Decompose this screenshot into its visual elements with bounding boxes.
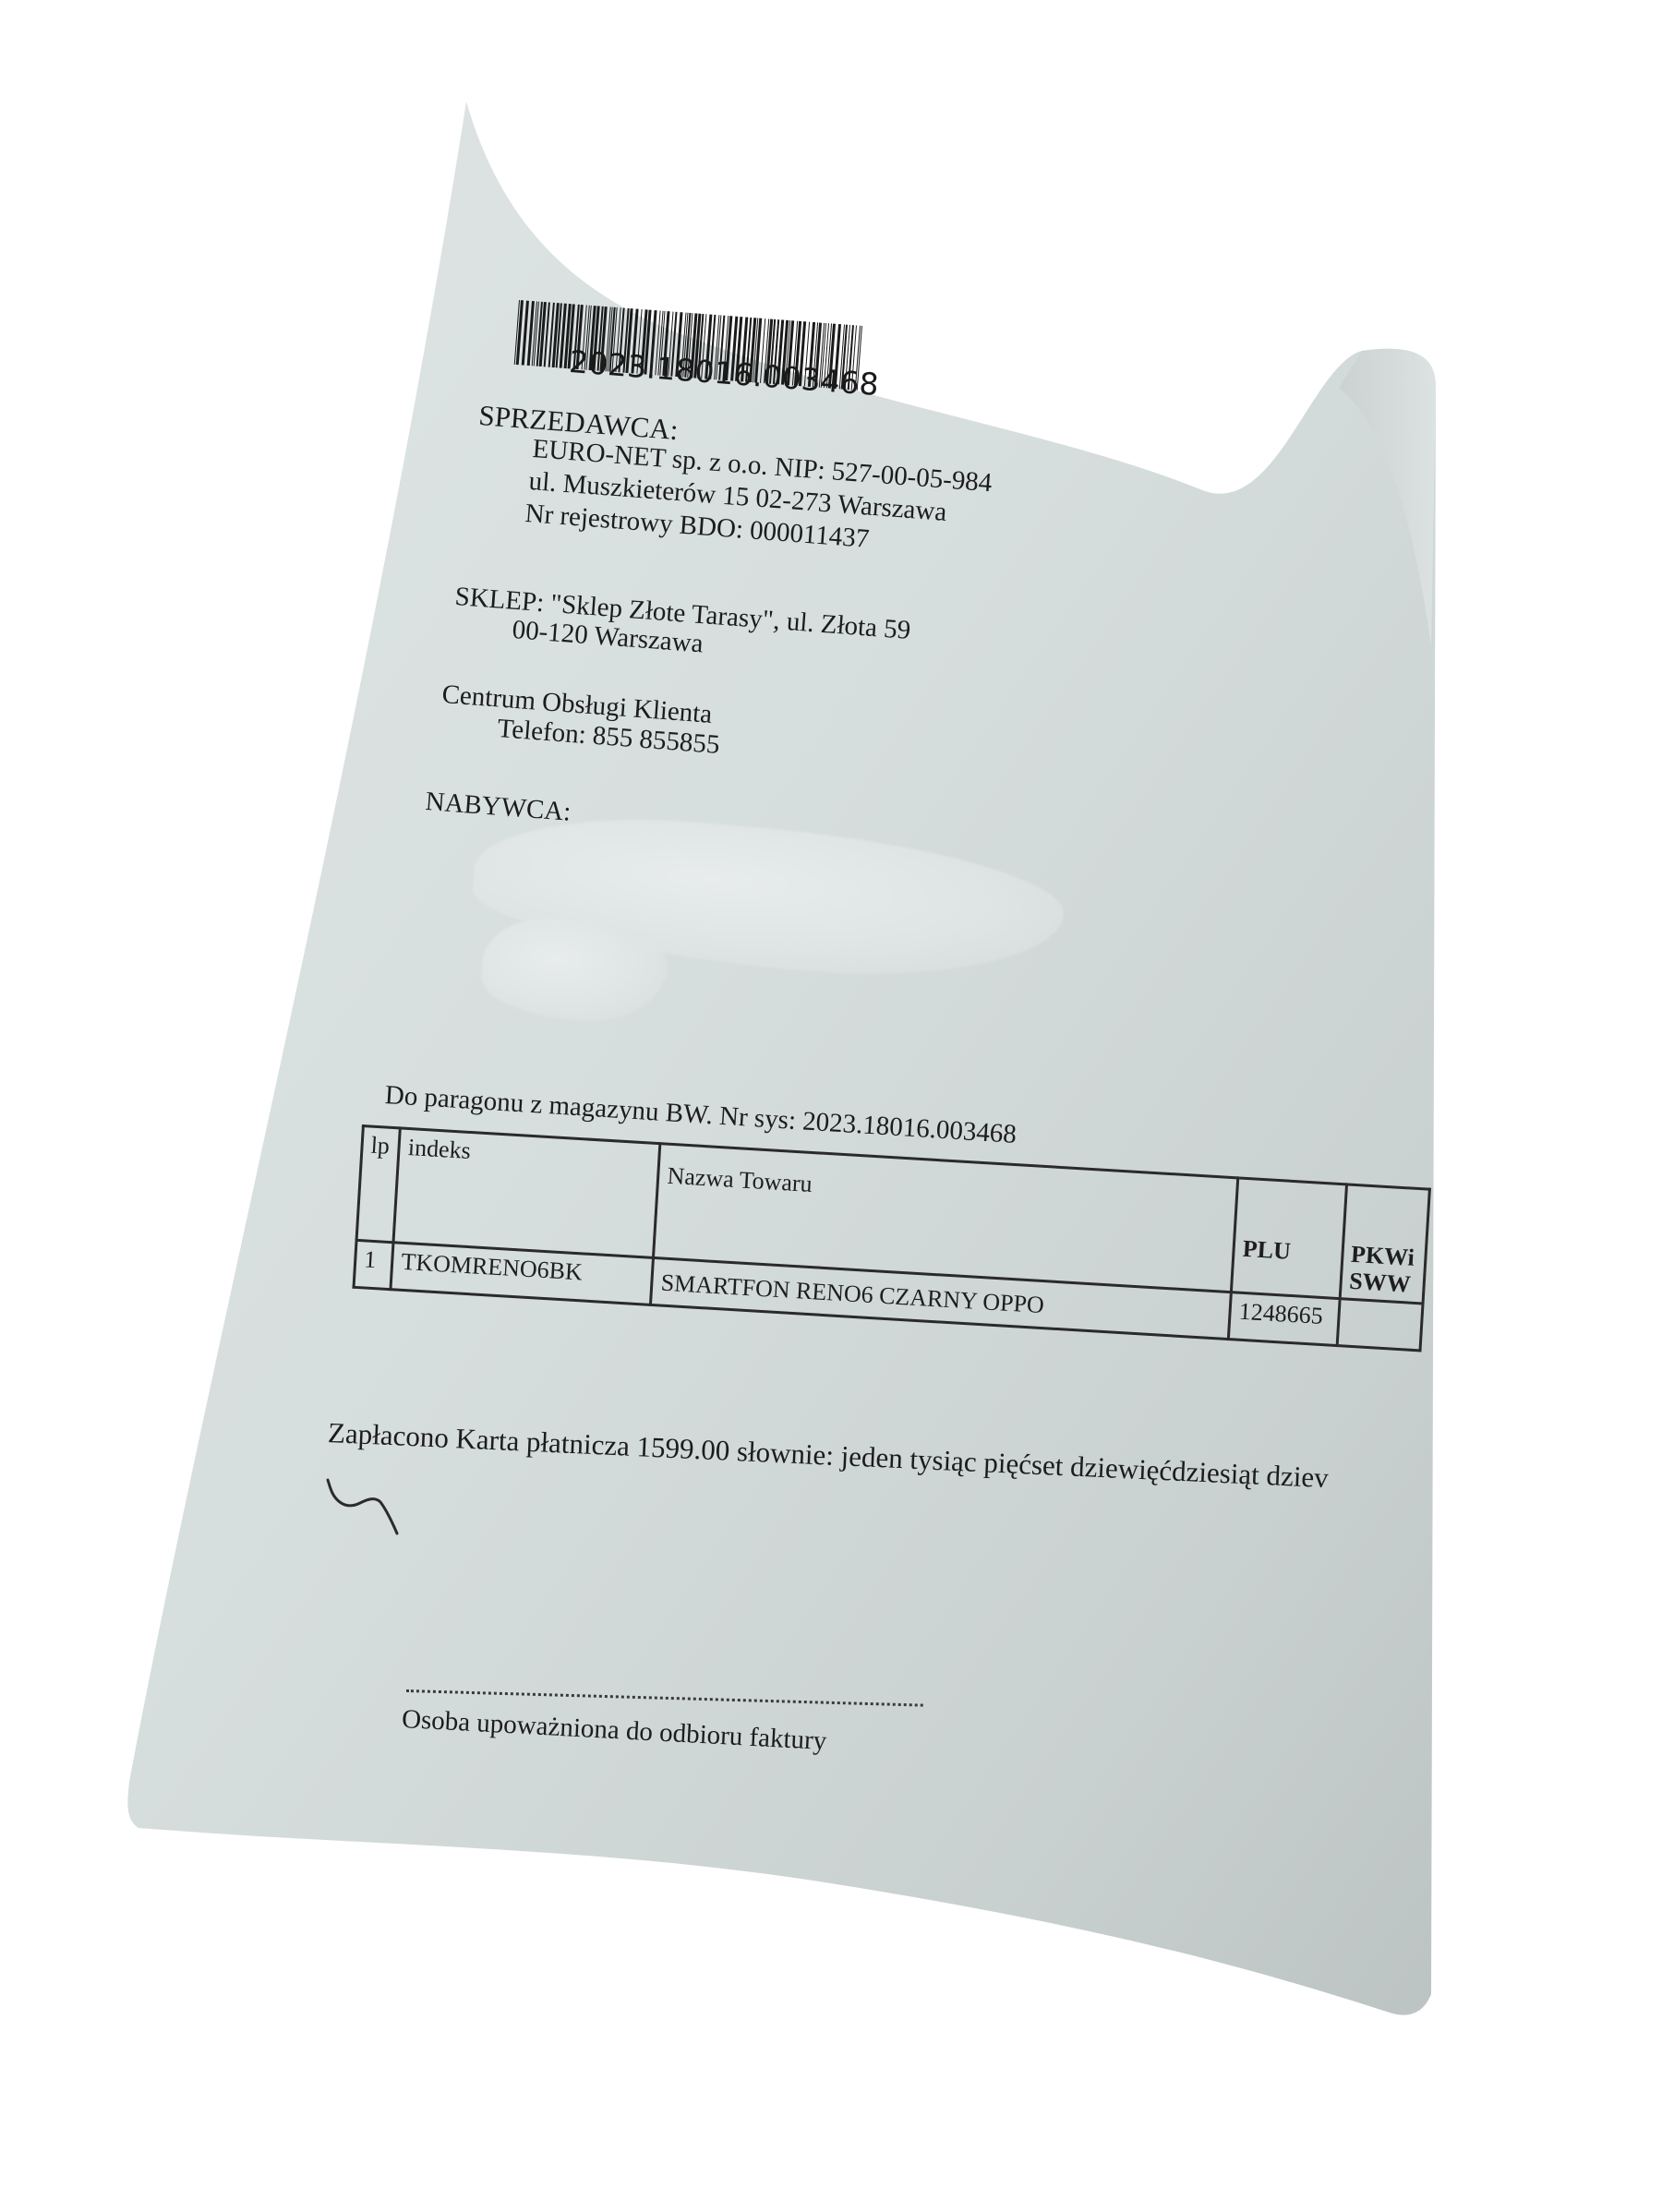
items-table: lp indeks Nazwa Towaru PLU PKWi SWW 1 TK… [352,1124,1431,1352]
header-pkwiu: PKWi SWW [1340,1184,1430,1304]
header-name-label: Nazwa Towaru [667,1162,813,1197]
header-plu: PLU [1232,1178,1346,1299]
invoice-document: 2023.18016.003468 SPRZEDAWCA: EURO-NET s… [0,0,1662,2212]
cell-plu: 1248665 [1229,1292,1340,1346]
payment-line: Zapłacono Karta płatnicza 1599.00 słowni… [327,1416,1329,1495]
signature-scribble [323,1473,425,1546]
buyer-heading: NABYWCA: [425,787,572,828]
signature-dotted-line [406,1689,923,1707]
header-index: indeks [393,1128,660,1258]
cell-pkwiu [1337,1299,1423,1351]
cell-lp: 1 [354,1241,393,1290]
signature-caption: Osoba upoważniona do odbioru faktury [401,1704,827,1757]
